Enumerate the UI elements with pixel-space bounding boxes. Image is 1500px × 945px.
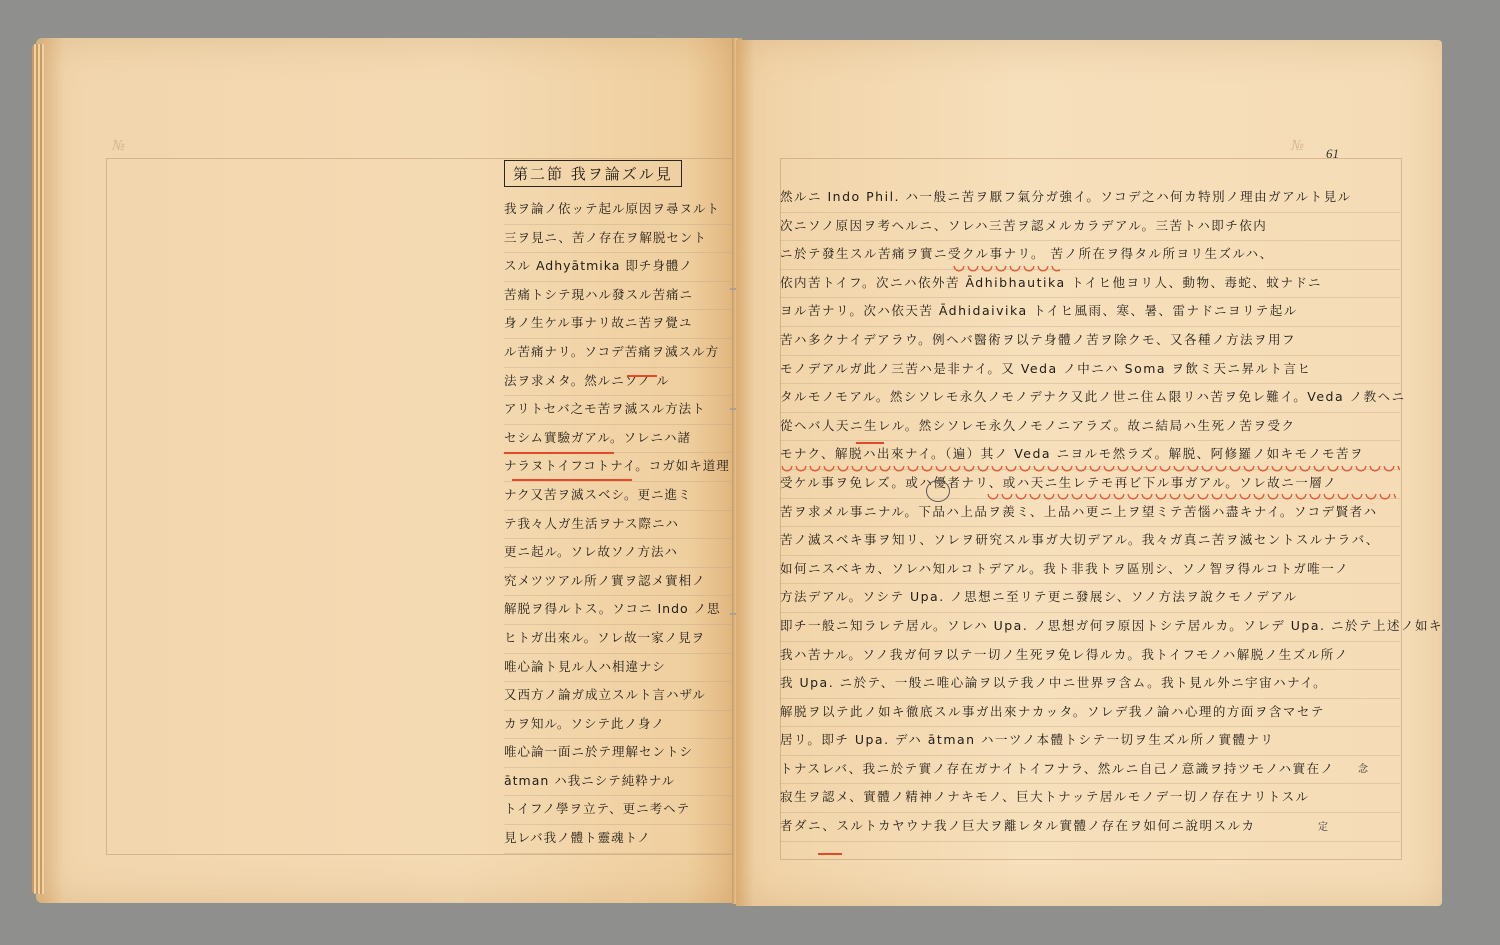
text-line: 法ヲ求メタ。然ルニソノ ル [504,368,736,397]
text-line: 我ハ苦ナル。ソノ我ガ何ヲ以テ一切ノ生死ヲ免レ得ルカ。我トイフモノハ解脱ノ生ズル所… [780,642,1400,671]
text-line: カヲ知ル。ソシテ此ノ身ノ [504,711,736,740]
text-line: 見レバ我ノ體ト靈魂トノ [504,825,736,854]
text-line: アリトセバ之モ苦ヲ滅スル方法ト [504,396,736,425]
text-line: 又西方ノ論ガ成立スルト言ハザル [504,682,736,711]
text-line: 我 Upa. ニ於テ、一般ニ唯心論ヲ以テ我ノ中ニ世界ヲ含ム。我ト見ル外ニ宇宙ハナ… [780,670,1400,699]
text-line: ル苦痛ナリ。ソコデ苦痛ヲ滅スル方 [504,339,736,368]
text-line: 居リ。即チ Upa. デハ ātman ハ一ツノ本體トシテ一切ヲ生ズル所ノ實體ナ… [780,727,1400,756]
text-line: 依内苦トイフ。次ニハ依外苦 Ādhibhautika トイヒ他ヨリ人、動物、毒蛇… [780,270,1400,299]
right-page: № 61 然ルニ Indo Phil. ハ一般ニ苦ヲ厭フ氣分ガ強イ。ソコデ之ハ何… [736,40,1442,906]
margin-annotation: 定 [1318,818,1328,833]
page-edges [32,44,44,894]
text-line: テ我々人ガ生活ヲナス際ニハ [504,511,736,540]
text-line: タルモノモアル。然シソレモ永久ノモノデナク又此ノ世ニ住ム限リハ苦ヲ免レ難イ。Ve… [780,384,1400,413]
red-wavy-underline [952,266,1060,272]
text-line: 苦ノ滅スベキ事ヲ知リ、ソレヲ研究スル事ガ大切デアル。我々ガ真ニ苦ヲ滅セントスルナ… [780,527,1400,556]
margin-annotation: 念 [1358,760,1368,775]
text-line: 寂生ヲ認メ、實體ノ精神ノナキモノ、巨大トナッテ居ルモノデ一切ノ存在ナリトスル [780,784,1400,813]
text-line: 更ニ起ル。ソレ故ソノ方法ハ [504,539,736,568]
text-line: 方法デアル。ソシテ Upa. ノ思想ニ至リテ更ニ發展シ、ソノ方法ヲ說クモノデアル [780,584,1400,613]
text-line: 次ニソノ原因ヲ考ヘルニ、ソレハ三苦ヲ認メルカラデアル。三苦トハ即チ依内 [780,213,1400,242]
text-line: 解脱ヲ得ルトス。ソコニ Indo ノ思 [504,596,736,625]
red-underline [627,375,657,377]
text-line: 從ヘバ人天ニ生レル。然シソレモ永久ノモノニアラズ。故ニ結局ハ生死ノ苦ヲ受ク [780,413,1400,442]
text-line: 者ダニ、スルトカヤウナ我ノ巨大ヲ離レタル實體ノ存在ヲ如何ニ說明スルカ [780,813,1400,842]
text-line: 身ノ生ケル事ナリ故ニ苦ヲ覺ユ [504,310,736,339]
left-page: № 第二節 我ヲ論ズル見 我ヲ論ノ依ッテ起ル原因ヲ尋ヌルト 三ヲ見ニ、苦ノ存在ヲ… [36,38,742,903]
red-underline [504,452,614,454]
text-line: ニ於テ發生スル苦痛ヲ實ニ受クル事ナリ。 苦ノ所在ヲ得タル所ヨリ生ズルハ、 [780,241,1400,270]
text-line: ナラヌトイフコトナイ。コガ如キ道理 [504,453,736,482]
text-line: 苦ハ多クナイデアラウ。例ヘバ醫術ヲ以テ身體ノ苦ヲ除クモ、又各種ノ方法ヲ用フ [780,327,1400,356]
notebook-spread: № 第二節 我ヲ論ズル見 我ヲ論ノ依ッテ起ル原因ヲ尋ヌルト 三ヲ見ニ、苦ノ存在ヲ… [36,38,1474,908]
text-line: ヨル苦ナリ。次ハ依天苦 Ādhidaivika トイヒ風雨、寒、暑、雷ナドニヨリ… [780,298,1400,327]
red-underline [818,853,842,855]
text-line: 苦痛トシテ現ハル發スル苦痛ニ [504,282,736,311]
text-line: 三ヲ見ニ、苦ノ存在ヲ解脱セント [504,225,736,254]
red-wavy-underline [780,466,1400,472]
page-number: 61 [1326,146,1339,162]
red-underline [512,479,632,481]
faint-page-mark: № [1291,138,1304,154]
text-line: トナスレバ、我ニ於テ實ノ存在ガナイトイフナラ、然ルニ自己ノ意識ヲ持ツモノハ實在ノ [780,756,1400,785]
text-line: ヒトガ出來ル。ソレ故一家ノ見ヲ [504,625,736,654]
text-line: トイフノ學ヲ立テ、更ニ考ヘテ [504,796,736,825]
left-page-text: 我ヲ論ノ依ッテ起ル原因ヲ尋ヌルト 三ヲ見ニ、苦ノ存在ヲ解脱セント スル Adhy… [504,196,736,854]
red-wavy-underline [986,494,1396,500]
text-line: 唯心論一面ニ於テ理解セントシ [504,739,736,768]
text-line: ātman ハ我ニシテ純粋ナル [504,768,736,797]
text-line: セシム實驗ガアル。ソレニハ諸 [504,425,736,454]
text-line: 即チ一般ニ知ラレテ居ル。ソレハ Upa. ノ思想ガ何ヲ原因トシテ居ルカ。ソレデ … [780,613,1400,642]
text-line: 究メツツアル所ノ實ヲ認メ實相ノ [504,568,736,597]
text-line: 然ルニ Indo Phil. ハ一般ニ苦ヲ厭フ氣分ガ強イ。ソコデ之ハ何カ特別ノ理… [780,184,1400,213]
circled-character [926,480,950,502]
text-line: 如何ニスベキカ、ソレハ知ルコトデアル。我ト非我トヲ區別シ、ソノ智ヲ得ルコトガ唯一… [780,556,1400,585]
text-line: ナク又苦ヲ滅スベシ。更ニ進ミ [504,482,736,511]
text-line: モノデアルガ此ノ三苦ハ是非ナイ。又 Veda ノ中ニハ Soma ヲ飲ミ天ニ昇ル… [780,356,1400,385]
section-heading: 第二節 我ヲ論ズル見 [504,160,682,187]
text-line: 唯心論ト見ル人ハ相違ナシ [504,654,736,683]
text-line: 我ヲ論ノ依ッテ起ル原因ヲ尋ヌルト [504,196,736,225]
red-underline [856,442,884,444]
text-line: 苦ヲ求メル事ニナル。下品ハ上品ヲ羨ミ、上品ハ更ニ上ヲ望ミテ苦惱ハ盡キナイ。ソコデ… [780,499,1400,528]
right-page-text: 然ルニ Indo Phil. ハ一般ニ苦ヲ厭フ氣分ガ強イ。ソコデ之ハ何カ特別ノ理… [780,184,1400,842]
text-line: 解脱ヲ以テ此ノ如キ徹底スル事ガ出來ナカッタ。ソレデ我ノ論ハ心理的方面ヲ含マセテ [780,699,1400,728]
faint-page-mark: № [112,138,125,154]
text-line: スル Adhyātmika 即チ身體ノ [504,253,736,282]
